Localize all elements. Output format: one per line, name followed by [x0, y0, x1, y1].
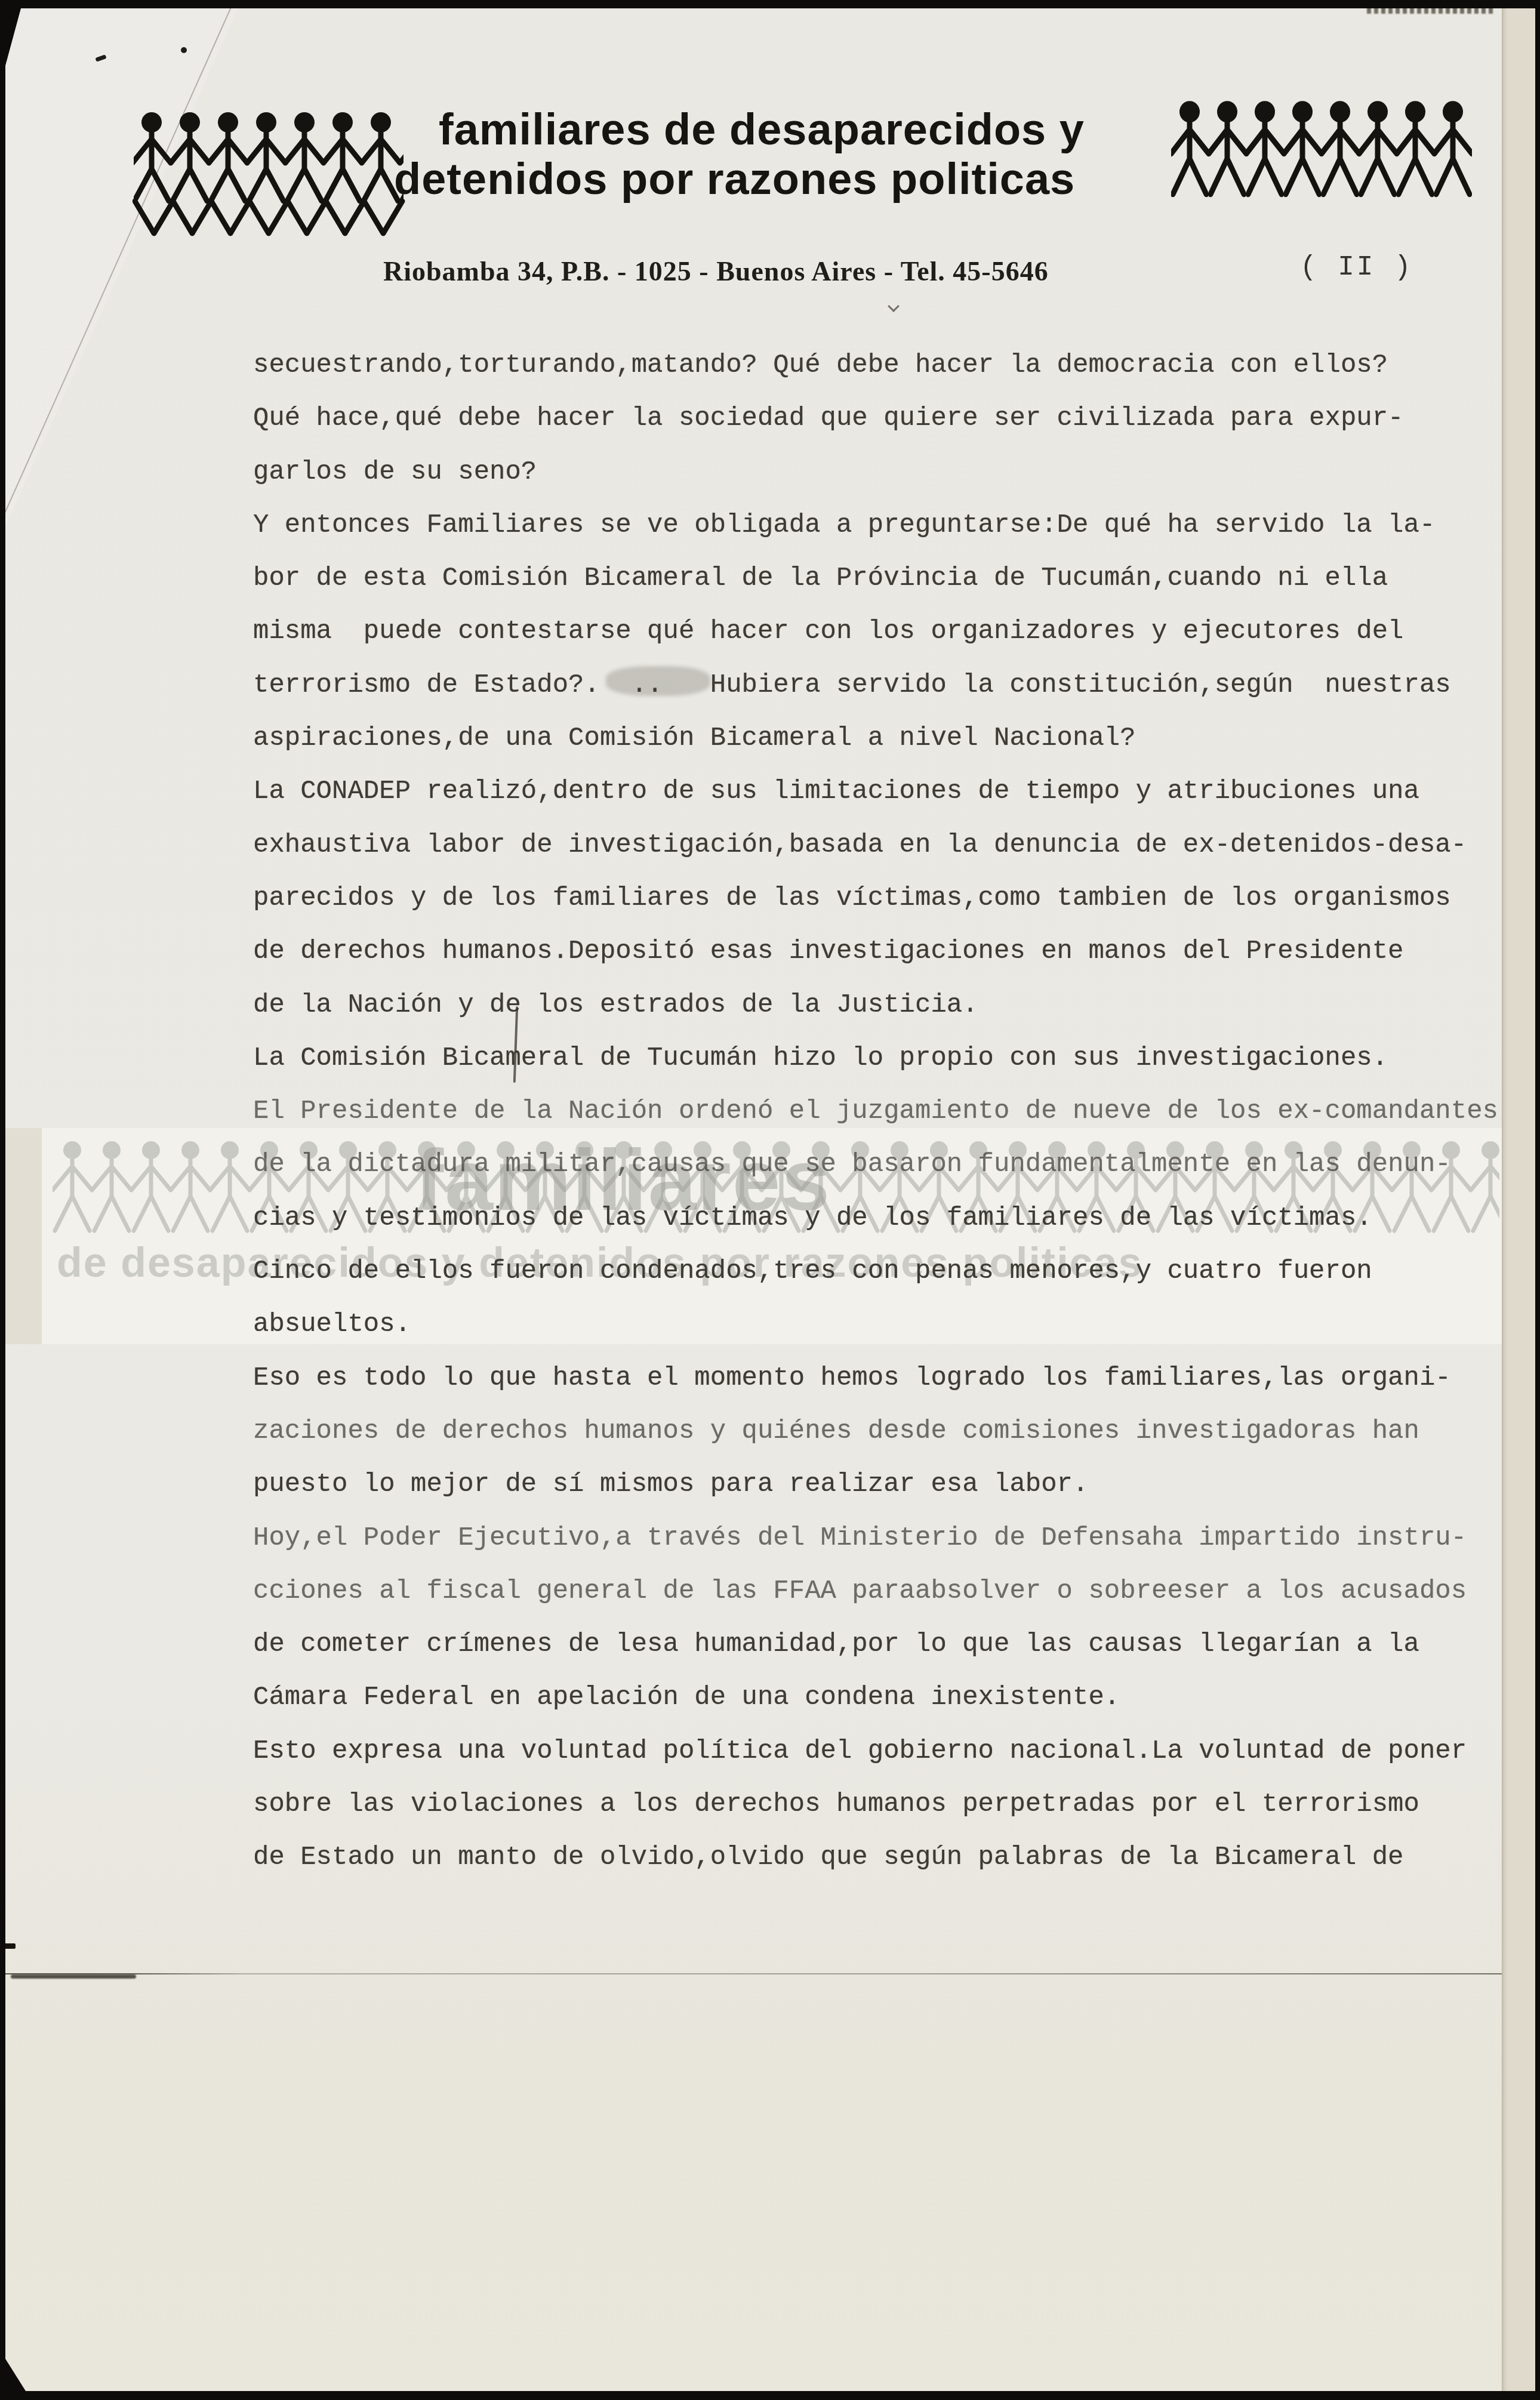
body-text-line: La CONADEP realizó,dentro de sus limitac… [253, 765, 1519, 818]
body-text-line: de derechos humanos.Depositó esas invest… [253, 925, 1519, 978]
body-text-line: Hoy,el Poder Ejecutivo,a través del Mini… [253, 1512, 1519, 1565]
body-text-line: puesto lo mejor de sí mismos para realiz… [253, 1458, 1519, 1511]
body-text-line: misma puede contestarse qué hacer con lo… [253, 605, 1519, 658]
paper-fold-corner [5, 8, 238, 526]
body-text-line: cciones al fiscal general de las FFAA pa… [253, 1565, 1519, 1618]
body-text-line: secuestrando,torturando,matando? Qué deb… [253, 339, 1519, 392]
body-text-line: cias y testimonios de las víctimas y de … [253, 1192, 1519, 1245]
body-text-line: absueltos. [253, 1298, 1519, 1351]
paper-right-edge [1502, 0, 1536, 2400]
body-text-line: zaciones de derechos humanos y quiénes d… [253, 1405, 1519, 1458]
body-text-line: de la Nación y de los estrados de la Jus… [253, 979, 1519, 1032]
org-name-line2: detenidos por razones politicas [394, 157, 1075, 201]
ink-speck [181, 47, 187, 53]
scanned-document-page: familiares de desaparecidos y detenidos … [0, 0, 1540, 2400]
stray-check-mark [888, 300, 900, 312]
body-text-line: garlos de su seno? [253, 446, 1519, 499]
scan-border-right [1535, 0, 1540, 2400]
body-text-line: sobre las violaciones a los derechos hum… [253, 1778, 1519, 1831]
watermark-band-edge [5, 1128, 42, 1344]
typewritten-body: secuestrando,torturando,matando? Qué deb… [253, 339, 1519, 1885]
body-text-line: de cometer crímenes de lesa humanidad,po… [253, 1618, 1519, 1671]
body-text-line: La Comisión Bicameral de Tucumán hizo lo… [253, 1032, 1519, 1085]
body-text-line: bor de esta Comisión Bicameral de la Pró… [253, 552, 1519, 605]
ink-smudge [606, 666, 710, 696]
body-text-line: de Estado un manto de olvido,olvido que … [253, 1831, 1519, 1884]
body-text-line: de la dictadura militar,causas que se ba… [253, 1138, 1519, 1191]
body-text-line: aspiraciones,de una Comisión Bicameral a… [253, 712, 1519, 765]
people-chain-icon-left [133, 109, 407, 238]
scan-border-corner-wedge [5, 2359, 26, 2391]
scan-border-left [0, 0, 5, 2400]
body-text-line: terrorismo de Estado?. .. Hubiera servid… [253, 659, 1519, 712]
body-text-line: Qué hace,qué debe hacer la sociedad que … [253, 392, 1519, 445]
body-text-line: Cinco de ellos fueron condenados,tres co… [253, 1245, 1519, 1298]
body-text-line: El Presidente de la Nación ordenó el juz… [253, 1085, 1519, 1138]
scan-border-top [0, 0, 1540, 8]
body-text-line: parecidos y de los familiares de las víc… [253, 872, 1519, 925]
body-text-line: exhaustiva labor de investigación,basada… [253, 819, 1519, 872]
horizontal-crease [5, 1973, 1535, 1974]
body-text-line: Cámara Federal en apelación de una conde… [253, 1671, 1519, 1724]
scan-border-bottom [0, 2391, 1540, 2400]
body-text-line: Esto expresa una voluntad política del g… [253, 1725, 1519, 1778]
org-address: Riobamba 34, P.B. - 1025 - Buenos Aires … [383, 255, 1049, 287]
org-name-line1: familiares de desaparecidos y [439, 107, 1085, 152]
body-text-line: Y entonces Familiares se ve obligada a p… [253, 499, 1519, 552]
people-chain-icon-right [1171, 99, 1473, 201]
horizontal-crease-dark-segment [11, 1974, 136, 1979]
body-text-line: Eso es todo lo que hasta el momento hemo… [253, 1352, 1519, 1405]
page-number-marker: ( II ) [1300, 252, 1413, 283]
